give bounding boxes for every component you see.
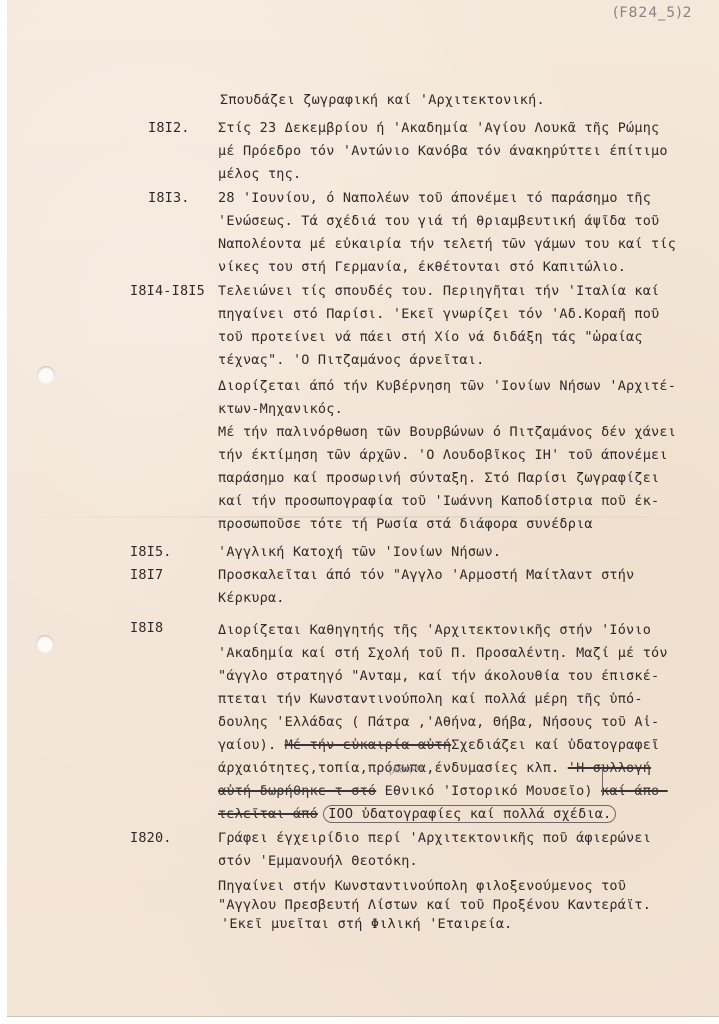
entry-year: I8I8 (130, 620, 163, 636)
entry-line: νίκες του στή Γερμανία, έκθέτονται στό Κ… (218, 259, 626, 275)
entry-line: παράσημο καί προσωρινή σύνταξη. Στό Παρί… (218, 470, 659, 486)
entry-line: προσωποῦσε τότε τή Ρωσία στά διάφορα συν… (218, 516, 593, 532)
struck-text: τελεῖται άπό (218, 806, 318, 822)
punch-hole-bottom (36, 635, 54, 653)
entry-line: Γράφει έγχειρίδιο περί 'Αρχιτεκτονικῆς π… (218, 830, 651, 846)
entry-line-with-strike: αὐτή δωρήθηκε τ στό Εθνικό 'Ιστορικό Μου… (218, 783, 668, 799)
entry-line-with-strike: άρχαιότητες,τοπία,πρόσωπα,ένδυμασίες κλπ… (218, 760, 651, 776)
struck-text: αὐτή δωρήθηκε τ στό (218, 783, 376, 799)
entry-line: "άγγλο στρατηγό "Ανταμ, καί τήν άκολουθί… (218, 668, 659, 684)
line-text: Σχεδιάζει καί ὑδατογραφεῖ (451, 737, 659, 753)
entry-line: "Αγγλου Πρεσβευτή Λίστων καί τοῦ Προξένο… (218, 897, 651, 913)
entry-line: 'Αγγλική Κατοχή τῶν 'Ιονίων Νήσων. (218, 544, 501, 560)
entry-line: μέ Πρόεδρο τόν 'Αντώνιο Κανόβα τόν άνακη… (218, 143, 668, 159)
entry-year: I8I7 (130, 567, 163, 583)
entry-year: I8I5. (130, 544, 172, 560)
entry-line: Κέρκυρα. (218, 590, 285, 606)
entry-line: πηγαίνει στό Παρίσι. 'Εκεῖ γνωρίζει τόν … (218, 306, 659, 322)
entry-line: τήν έκτίμηση τῶν άρχῶν. 'Ο Λουδοβῖκος ΙΗ… (218, 447, 668, 463)
entry-line: Μέ τήν παλινόρθωση τῶν Βουρβώνων ό Πιτζα… (218, 424, 676, 440)
entry-line: Ναπολέοντα μέ εὐκαιρία τήν τελετή τῶν γά… (218, 236, 676, 252)
circled-text: IOO ὑδατογραφίες καί πολλά σχέδια. (323, 805, 616, 823)
entry-line: στόν 'Εμμανουήλ Θεοτόκη. (218, 853, 418, 869)
entry-line: Στίς 23 Δεκεμβρίου ή 'Ακαδημία 'Αγίου Λο… (218, 120, 659, 136)
entry-year: I8I4-I8I5 (130, 283, 205, 299)
entry-year: I8I3. (148, 190, 190, 206)
entry-line: μέλος της. (218, 166, 301, 182)
entry-line: 'Εκεῖ μυεῖται στή Φιλική 'Εταιρεία. (221, 916, 512, 932)
entry-line: Τελειώνει τίς σπουδές του. Περιηγῆται τή… (218, 283, 659, 299)
entry-line: κτων-Μηχανικός. (218, 401, 343, 417)
line-text: Εθνικό 'Ιστορικό Μουσεῖο) (385, 783, 593, 799)
struck-text: καί άπο- (601, 783, 668, 799)
reference-mark: (F824_5)2 (613, 5, 693, 21)
entry-line: 'Ακαδημία καί στή Σχολή τοῦ Π. Προσαλέντ… (218, 645, 668, 661)
intro-line: Σπουδάζει ζωγραφική καί 'Αρχιτεκτονική. (220, 92, 545, 108)
punch-hole-top (37, 366, 55, 384)
entry-line-with-strike: τελεῖται άπό IOO ὑδατογραφίες καί πολλά … (218, 806, 616, 822)
struck-text: Μέ τήν εὐκαιρία αὐτή (285, 737, 452, 753)
entry-line: καί τήν προσωπογραφία τοῦ 'Ιωάννη Καποδί… (218, 493, 659, 509)
entry-line: 28 'Ιουνίου, ό Ναπολέων τοῦ άπονέμει τό … (218, 190, 651, 206)
struck-text: 'Η συλλογή (568, 760, 651, 776)
entry-line-with-strike: γαίου). Μέ τήν εὐκαιρία αὐτήΣχεδιάζει κα… (218, 737, 659, 753)
line-text: γαίου). (218, 737, 276, 753)
entry-line: τοῦ προτείνει νά πάει στή Χίο νά διδάξη … (218, 329, 643, 345)
entry-year: I8I2. (148, 120, 190, 136)
entry-line: τέχνας". 'Ο Πιτζαμάνος άρνεῖται. (218, 352, 485, 368)
entry-line: Προσκαλεῖται άπό τόν "Αγγλο 'Αρμοστή Μαί… (218, 567, 634, 583)
entry-line: 'Ενώσεως. Τά σχέδιά του γιά τή θριαμβευτ… (218, 213, 659, 229)
entry-line: πτεται τήν Κωνσταντινούπολη καί πολλά μέ… (218, 691, 643, 707)
entry-line: δουλης 'Ελλάδας ( Πάτρα ,'Αθήνα, Θήβα, Ν… (218, 714, 659, 730)
entry-year: I820. (130, 830, 172, 846)
entry-line: Διορίζεται άπό τήν Κυβέρνηση τῶν 'Ιονίων… (218, 378, 676, 394)
entry-line: Διορίζεται Καθηγητής τῆς 'Αρχιτεκτονικῆς… (218, 622, 651, 638)
entry-line: Πηγαίνει στήν Κωνσταντινούπολη φιλοξενού… (218, 878, 626, 894)
handwritten-bracket (602, 768, 603, 796)
